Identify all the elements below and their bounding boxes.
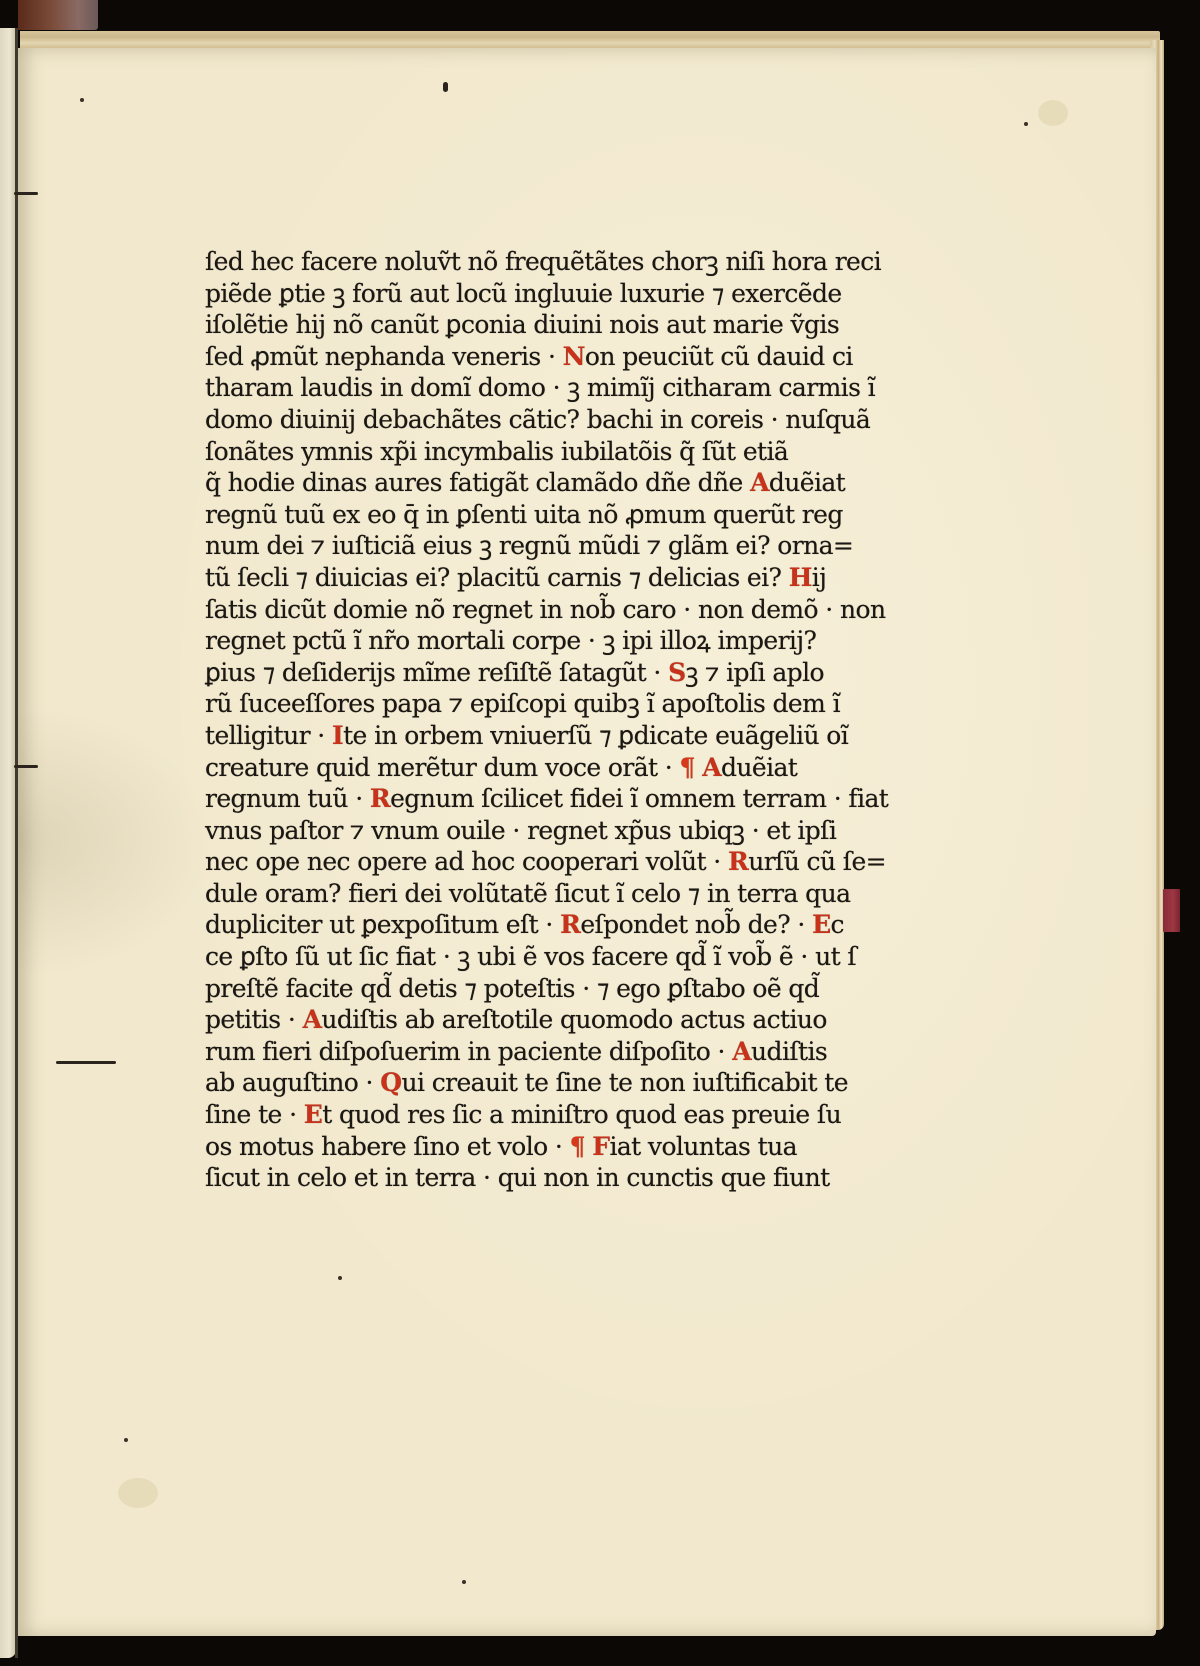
- pilcrow-mark: ¶: [680, 753, 695, 782]
- text-block: ſed hec facere noluṽt nõ frequẽtãtes cho…: [205, 246, 860, 1194]
- facing-page-edge: [0, 28, 16, 1658]
- text-line: vnus paſtor ⁊ vnum ouile · regnet xp̃us …: [205, 815, 860, 847]
- pilcrow-mark: ¶: [570, 1132, 585, 1161]
- text-segment: duẽiat: [769, 468, 845, 497]
- text-segment: regnum tuũ ·: [205, 784, 370, 813]
- book-scan: ſed hec facere noluṽt nõ frequẽtãtes cho…: [0, 0, 1200, 1666]
- text-segment: udiſtis: [751, 1037, 827, 1066]
- text-segment: num dei ⁊ iuſticiã eius ꝫ regnũ mũdi ⁊ g…: [205, 531, 853, 560]
- text-segment: iat voluntas tua: [609, 1132, 796, 1161]
- text-segment: te in orbem vniuerſũ ⁊ ꝑdicate euãgeliũ …: [343, 721, 848, 750]
- foxing-stain: [1038, 100, 1068, 126]
- text-line: nec ope nec opere ad hoc cooperari volũt…: [205, 846, 860, 878]
- text-segment: ij: [812, 563, 827, 592]
- text-segment: vnus paſtor ⁊ vnum ouile · regnet xp̃us …: [205, 816, 836, 845]
- text-segment: preſtẽ facite qd̃ detis ⁊ poteſtis · ⁊ e…: [205, 974, 819, 1003]
- text-segment: ui creauit te ſine te non iuſtificabit t…: [401, 1068, 847, 1097]
- text-segment: piẽde ꝑtie ꝫ forũ aut locũ ingluuie luxu…: [205, 279, 842, 308]
- text-line: rũ ſuceeſſores papa ⁊ epiſcopi quibꝫ ĩ a…: [205, 688, 860, 720]
- margin-pen-stroke: [56, 1061, 116, 1064]
- text-line: ſicut in celo et in terra · qui non in c…: [205, 1162, 860, 1194]
- rubricated-initial: R: [560, 910, 580, 939]
- text-line: ce ꝑſto ſũ ut ſic fiat · ꝫ ubi ẽ vos fac…: [205, 941, 860, 973]
- gutter-shadow: [15, 28, 18, 1658]
- paper-speck: [462, 1580, 466, 1584]
- text-line: regnum tuũ · Regnum ſcilicet fidei ĩ omn…: [205, 783, 860, 815]
- rubricated-initial: A: [732, 1037, 751, 1066]
- rubricated-initial: A: [702, 753, 721, 782]
- text-segment: ſine te ·: [205, 1100, 304, 1129]
- text-line: os motus habere ſino et volo · ¶ Fiat vo…: [205, 1131, 860, 1163]
- text-line: rum fieri diſpoſuerim in paciente diſpoſ…: [205, 1036, 860, 1068]
- text-line: dupliciter ut ꝑexpoſitum eſt · Reſpondet…: [205, 909, 860, 941]
- text-segment: ſed ꝓmũt nephanda veneris ·: [205, 342, 563, 371]
- bookmark-tab: [1163, 889, 1180, 932]
- rubricated-initial: S: [668, 658, 685, 687]
- text-segment: regnũ tuũ ex eo q̄ in ꝑſenti uita nõ ꝓmu…: [205, 500, 843, 529]
- text-segment: dupliciter ut ꝑexpoſitum eſt ·: [205, 910, 560, 939]
- text-line: ſine te · Et quod res ſic a miniſtro quo…: [205, 1099, 860, 1131]
- folio-mark: [443, 82, 448, 92]
- text-segment: ce ꝑſto ſũ ut ſic fiat · ꝫ ubi ẽ vos fac…: [205, 942, 856, 971]
- text-segment: telligitur ·: [205, 721, 332, 750]
- text-segment: ſatis dicũt domie nõ regnet in nob̃ caro…: [205, 595, 885, 624]
- rubricated-initial: E: [812, 910, 830, 939]
- margin-tick: [14, 192, 38, 195]
- rubricated-initial: F: [592, 1132, 609, 1161]
- text-segment: on peuciũt cũ dauid ci: [585, 342, 853, 371]
- text-segment: ſonãtes ymnis xp̃i incymbalis iubilatõis…: [205, 437, 788, 466]
- margin-tick: [14, 765, 38, 768]
- text-segment: creature quid merẽtur dum voce orãt ·: [205, 753, 680, 782]
- rubricated-initial: A: [303, 1005, 322, 1034]
- rubricated-initial: I: [332, 721, 343, 750]
- paper-speck: [338, 1276, 342, 1280]
- text-segment: urſũ cũ ſe=: [748, 847, 886, 876]
- text-segment: ꝑius ⁊ deſiderijs mĩme reſiſtẽ ſatagũt ·: [205, 658, 668, 687]
- text-line: regnet pctũ ĩ nr̃o mortali corpe · ꝫ ipi…: [205, 625, 860, 657]
- paper-speck: [80, 98, 84, 102]
- text-line: q̃ hodie dinas aures fatigãt clamãdo dñe…: [205, 467, 860, 499]
- rubricated-initial: H: [789, 563, 812, 592]
- text-segment: duẽiat: [721, 753, 797, 782]
- text-line: num dei ⁊ iuſticiã eius ꝫ regnũ mũdi ⁊ g…: [205, 530, 860, 562]
- rubricated-initial: R: [370, 784, 390, 813]
- text-line: ſonãtes ymnis xp̃i incymbalis iubilatõis…: [205, 436, 860, 468]
- rubricated-initial: Q: [380, 1068, 401, 1097]
- text-segment: eſpondet nob̃ de? ·: [580, 910, 812, 939]
- text-segment: c: [831, 910, 844, 939]
- text-line: tũ ſecli ⁊ diuicias ei? placitũ carnis ⁊…: [205, 562, 860, 594]
- text-line: ꝑius ⁊ deſiderijs mĩme reſiſtẽ ſatagũt ·…: [205, 657, 860, 689]
- text-line: creature quid merẽtur dum voce orãt · ¶ …: [205, 752, 860, 784]
- paper-speck: [1024, 122, 1028, 126]
- text-line: preſtẽ facite qd̃ detis ⁊ poteſtis · ⁊ e…: [205, 973, 860, 1005]
- text-segment: ſicut in celo et in terra · qui non in c…: [205, 1163, 830, 1192]
- text-line: iſolẽtie hij nõ canũt ꝑconia diuini nois…: [205, 309, 860, 341]
- text-segment: nec ope nec opere ad hoc cooperari volũt…: [205, 847, 728, 876]
- text-segment: rũ ſuceeſſores papa ⁊ epiſcopi quibꝫ ĩ a…: [205, 689, 840, 718]
- rubricated-initial: N: [563, 342, 585, 371]
- binding-tab: [18, 0, 98, 30]
- text-line: domo diuinij debachãtes cãtic? bachi in …: [205, 404, 860, 436]
- text-segment: q̃ hodie dinas aures fatigãt clamãdo dñe…: [205, 468, 750, 497]
- text-line: telligitur · Ite in orbem vniuerſũ ⁊ ꝑdi…: [205, 720, 860, 752]
- text-segment: iſolẽtie hij nõ canũt ꝑconia diuini nois…: [205, 310, 839, 339]
- text-segment: tũ ſecli ⁊ diuicias ei? placitũ carnis ⁊…: [205, 563, 789, 592]
- text-segment: ſed hec facere noluṽt nõ frequẽtãtes cho…: [205, 247, 881, 276]
- rubricated-initial: A: [750, 468, 769, 497]
- text-segment: udiſtis ab areſtotile quomodo actus acti…: [321, 1005, 826, 1034]
- rubricated-initial: E: [304, 1100, 322, 1129]
- text-segment: rum fieri diſpoſuerim in paciente diſpoſ…: [205, 1037, 732, 1066]
- text-line: ſatis dicũt domie nõ regnet in nob̃ caro…: [205, 594, 860, 626]
- text-line: piẽde ꝑtie ꝫ forũ aut locũ ingluuie luxu…: [205, 278, 860, 310]
- foxing-stain: [118, 1478, 158, 1508]
- text-line: petitis · Audiſtis ab areſtotile quomodo…: [205, 1004, 860, 1036]
- text-line: ſed ꝓmũt nephanda veneris · Non peuciũt …: [205, 341, 860, 373]
- text-segment: os motus habere ſino et volo ·: [205, 1132, 570, 1161]
- text-segment: ꝫ ⁊ ipſi aplo: [686, 658, 824, 687]
- text-segment: egnum ſcilicet fidei ĩ omnem terram · fi…: [390, 784, 888, 813]
- paper-speck: [124, 1438, 128, 1442]
- text-segment: t quod res ſic a miniſtro quod eas preui…: [322, 1100, 841, 1129]
- rubricated-initial: R: [728, 847, 748, 876]
- text-segment: tharam laudis in domĩ domo · ꝫ mimĩj cit…: [205, 373, 875, 402]
- text-segment: petitis ·: [205, 1005, 303, 1034]
- text-segment: domo diuinij debachãtes cãtic? bachi in …: [205, 405, 870, 434]
- text-line: ab auguſtino · Qui creauit te ſine te no…: [205, 1067, 860, 1099]
- text-line: regnũ tuũ ex eo q̄ in ꝑſenti uita nõ ꝓmu…: [205, 499, 860, 531]
- text-segment: ab auguſtino ·: [205, 1068, 380, 1097]
- text-line: dule oram? fieri dei volũtatẽ ſicut ĩ ce…: [205, 878, 860, 910]
- text-segment: regnet pctũ ĩ nr̃o mortali corpe · ꝫ ipi…: [205, 626, 816, 655]
- text-line: tharam laudis in domĩ domo · ꝫ mimĩj cit…: [205, 372, 860, 404]
- text-segment: dule oram? fieri dei volũtatẽ ſicut ĩ ce…: [205, 879, 850, 908]
- text-line: ſed hec facere noluṽt nõ frequẽtãtes cho…: [205, 246, 860, 278]
